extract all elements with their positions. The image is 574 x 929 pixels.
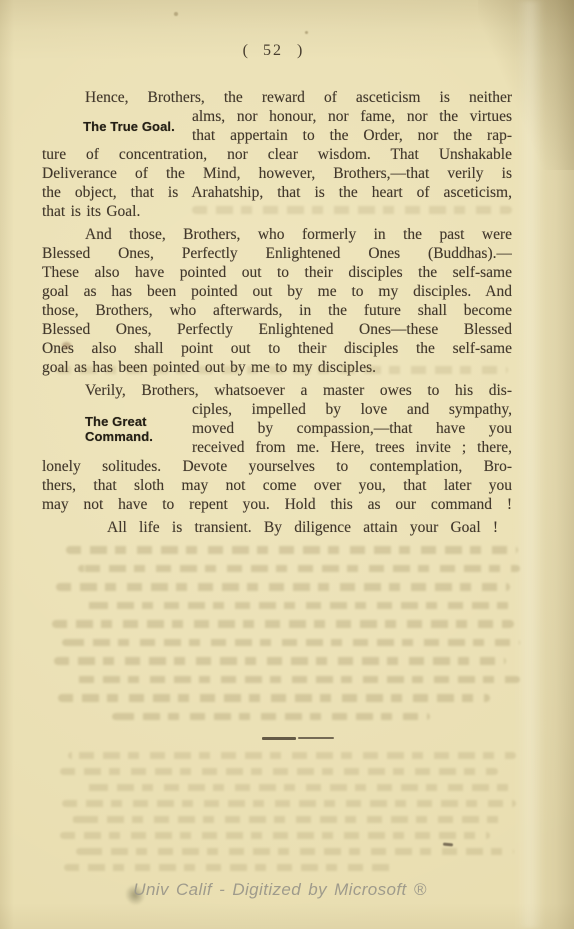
text-line: All life is transient. By diligence atta…	[42, 518, 498, 537]
text-line: those, Brothers, who afterwards, in the …	[42, 301, 512, 320]
bleed-through-line	[82, 784, 512, 791]
text-line: received from me. Here, trees invite ; t…	[192, 438, 512, 457]
bleed-through-line	[64, 864, 396, 871]
margin-heading-line: The Great	[85, 414, 147, 429]
text-line: Blessed Ones, Perfectly Enlightened Ones…	[42, 320, 512, 339]
rule-dash	[262, 737, 296, 740]
digitization-watermark: Univ Calif - Digitized by Microsoft ®	[0, 880, 567, 900]
text-line: Hence, Brothers, the reward of asceticis…	[42, 88, 512, 107]
text-line: Ones also shall point out to their disci…	[42, 339, 512, 358]
bleed-through-line	[78, 565, 520, 572]
text-line: Blessed Ones, Perfectly Enlightened Ones…	[42, 244, 512, 263]
margin-heading: The GreatCommand.	[42, 400, 202, 457]
section-rule	[262, 736, 334, 740]
text-line: goal as has been pointed out by me to my…	[42, 282, 512, 301]
bleed-through-line	[54, 657, 506, 665]
bleed-through-block	[52, 546, 520, 731]
bleed-through-line	[76, 848, 514, 855]
margin-heading-line: Command.	[85, 429, 153, 444]
bleed-through-footnote-block	[60, 752, 516, 880]
margin-heading: The True Goal.	[54, 107, 204, 145]
margin-heading-line: The True Goal.	[83, 119, 175, 134]
text-line: may not have to repent you. Hold this as…	[42, 495, 512, 514]
page-number-close-paren: )	[297, 42, 303, 59]
page-curl-highlight	[516, 0, 544, 929]
text-line: moved by compassion,—that have you	[192, 419, 512, 438]
text-line: ciples, impelled by love and sympathy,	[192, 400, 512, 419]
text-line: that appertain to the Order, nor the rap…	[192, 126, 512, 145]
page-number: (52)	[0, 42, 560, 60]
bleed-through-line	[68, 752, 516, 759]
bleed-through-line	[112, 713, 430, 720]
text-line: lonely solitudes. Devote yourselves to c…	[42, 457, 512, 476]
paragraph-transient: All life is transient. By diligence atta…	[42, 518, 512, 537]
bleed-through-line	[72, 676, 520, 683]
bleed-through-line	[192, 206, 512, 214]
page-number-value: 52	[263, 42, 283, 59]
text-line: the object, that is Arahatship, that is …	[42, 183, 512, 202]
paragraph-great-command: The GreatCommand.Verily, Brothers, whats…	[42, 381, 512, 514]
text-line: And those, Brothers, who formerly in the…	[42, 225, 512, 244]
text-line: Deliverance of the Mind, however, Brothe…	[42, 164, 512, 183]
text-line: alms, nor honour, nor fame, nor the virt…	[192, 107, 512, 126]
paragraph-true-goal: The True Goal.Hence, Brothers, the rewar…	[42, 88, 512, 221]
bleed-through-line	[56, 366, 508, 374]
paragraph-buddhas: And those, Brothers, who formerly in the…	[42, 225, 512, 377]
rule-dash	[298, 737, 334, 739]
bleed-through-line	[62, 639, 520, 646]
paper-speck	[174, 12, 178, 16]
bleed-through-line	[58, 694, 490, 702]
bleed-through-line	[60, 768, 498, 775]
text-line: ture of concentration, nor clear wisdom.…	[42, 145, 512, 164]
text-line: thers, that sloth may not come over you,…	[42, 476, 512, 495]
bleed-through-line	[60, 832, 490, 839]
bleed-through-line	[52, 620, 514, 628]
scanned-book-page: (52) The True Goal.Hence, Brothers, the …	[0, 0, 574, 929]
bleed-through-line	[66, 546, 518, 554]
paper-speck	[305, 31, 308, 34]
bleed-through-line	[86, 602, 516, 609]
page-number-open-paren: (	[243, 42, 249, 59]
text-block: The True Goal.Hence, Brothers, the rewar…	[42, 88, 512, 541]
text-line: These also have pointed out to their dis…	[42, 263, 512, 282]
bleed-through-line	[56, 583, 510, 591]
bleed-through-line	[62, 800, 516, 807]
text-line: Verily, Brothers, whatsoever a master ow…	[42, 381, 512, 400]
paper-speck	[62, 342, 71, 349]
bleed-through-line	[72, 816, 508, 823]
